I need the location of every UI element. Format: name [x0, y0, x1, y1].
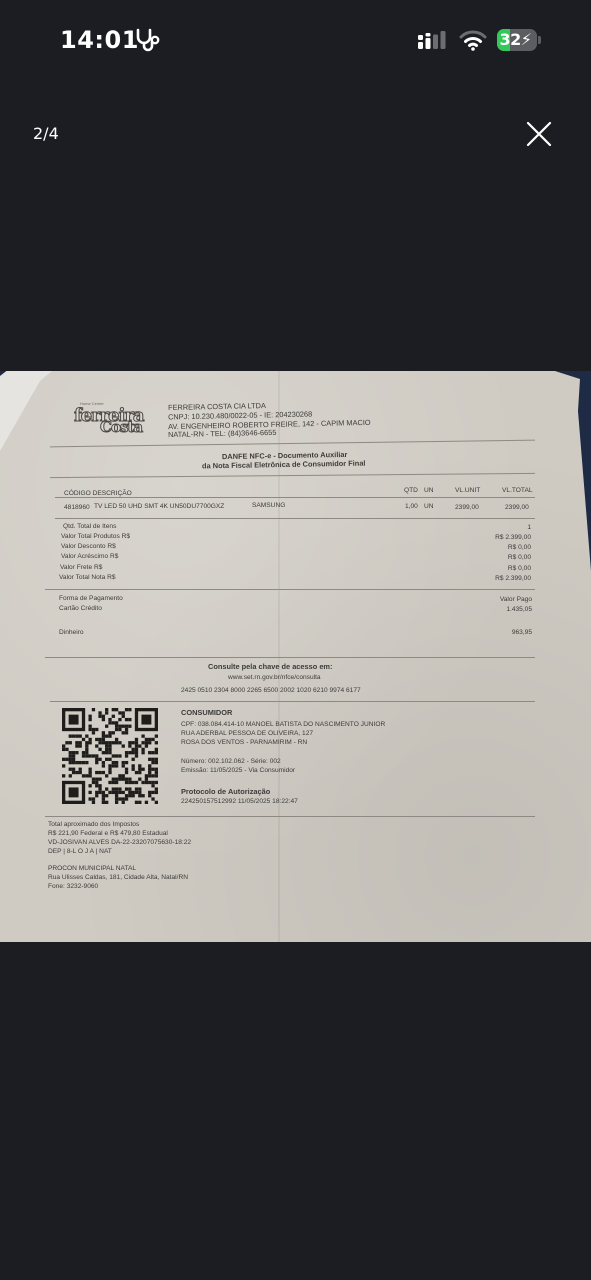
consumidor-cpf-nome: CPF: 038.084.414-10 MANOEL BATISTA DO NA…: [181, 721, 385, 728]
divider: [50, 440, 535, 448]
chave-acesso: 2425 0510 2304 8000 2265 6500 2002 1020 …: [181, 687, 361, 694]
emissao: Emissão: 11/05/2025 - Via Consumidor: [181, 767, 295, 774]
consulta-title: Consulte pela chave de acesso em:: [208, 662, 332, 671]
total-label: Valor Total Produtos R$: [61, 533, 130, 540]
danfe-subtitle: da Nota Fiscal Eletrônica de Consumidor …: [202, 459, 366, 471]
procon-address: Rua Ulisses Caldas, 181, Cidade Alta, Na…: [48, 874, 188, 881]
battery-indicator: 32⚡︎: [497, 29, 537, 51]
divider: [50, 701, 535, 702]
divider: [50, 473, 535, 478]
clock: 14:01: [60, 26, 139, 54]
total-label: Valor Frete R$: [60, 564, 102, 571]
company-city-phone: NATAL-RN - TEL: (84)3646-6655: [168, 428, 277, 439]
battery-cap: [538, 36, 541, 44]
receipt-photo[interactable]: Home Center ferreira Costa FERREIRA COST…: [0, 371, 591, 942]
consumidor-endereco: RUA ADERBAL PESSOA DE OLIVEIRA, 127: [181, 730, 313, 737]
total-label: Valor Acréscimo R$: [61, 553, 118, 560]
col-un: UN: [424, 487, 434, 494]
consumidor-bairro: ROSA DOS VENTOS - PARNAMIRIM - RN: [181, 739, 307, 746]
col-codigo-descricao: CÓDIGO DESCRIÇÃO: [64, 490, 132, 497]
col-qtd: QTD: [404, 487, 418, 494]
item-vl-unit: 2399,00: [455, 504, 479, 511]
qr-code: [62, 708, 158, 804]
payment-header-value: Valor Pago: [500, 596, 532, 603]
impostos-value: R$ 221,90 Federal e R$ 479,80 Estadual: [48, 830, 168, 837]
total-label: Qtd. Total de Itens: [63, 523, 116, 530]
numero-serie: Número: 002.102.062 - Série: 002: [181, 758, 281, 765]
payment-method-label: Cartão Crédito: [59, 605, 102, 612]
payment-method-value: 963,95: [512, 629, 532, 636]
protocolo-title: Protocolo de Autorização: [181, 787, 270, 796]
total-value: 1: [527, 524, 531, 531]
procon-phone: Fone: 3232-9060: [48, 883, 98, 890]
total-value: R$ 0,00: [508, 565, 531, 572]
payment-method-label: Dinheiro: [59, 629, 84, 636]
status-bar: 14:01 32⚡︎: [0, 0, 591, 80]
total-value: R$ 2.399,00: [495, 575, 531, 582]
close-icon[interactable]: [524, 119, 554, 149]
item-marca: SAMSUNG: [252, 502, 285, 509]
dep-loja: DEP | 8-L O J A | NAT: [48, 848, 112, 855]
total-value: R$ 0,00: [508, 544, 531, 551]
item-qtd: 1,00: [405, 503, 418, 510]
battery-percent: 32⚡︎: [497, 29, 534, 51]
divider: [45, 657, 535, 658]
consulta-url: www.set.rn.gov.br/nfce/consulta: [228, 674, 321, 681]
vendedor: VD-JOSIVAN ALVES DA-22-23207075630-18:22: [48, 839, 191, 846]
total-label: Valor Desconto R$: [61, 543, 116, 550]
impostos-label: Total aproximado dos Impostos: [48, 821, 139, 828]
stethoscope-icon: [134, 27, 162, 53]
total-value: R$ 2.399,00: [495, 534, 531, 541]
divider: [55, 497, 535, 498]
total-label: Valor Total Nota R$: [59, 574, 116, 581]
charging-bolt-icon: ⚡︎: [521, 30, 532, 49]
procon-title: PROCON MUNICIPAL NATAL: [48, 865, 136, 872]
page-indicator: 2/4: [33, 124, 59, 143]
divider: [45, 589, 535, 590]
divider: [55, 518, 535, 519]
ferreira-costa-logo: Home Center ferreira Costa: [72, 401, 142, 435]
consumidor-title: CONSUMIDOR: [181, 708, 232, 717]
cellular-signal-icon: [418, 31, 448, 51]
item-codigo: 4818960: [64, 504, 90, 511]
item-un: UN: [424, 503, 434, 510]
payment-method-value: 1.435,05: [506, 606, 532, 613]
item-descricao: TV LED 50 UHD SMT 4K UN50DU7700GXZ: [94, 503, 224, 510]
wifi-icon: [459, 29, 487, 51]
receipt-document: Home Center ferreira Costa FERREIRA COST…: [0, 371, 591, 942]
item-vl-total: 2399,00: [505, 504, 529, 511]
protocolo-value: 224250157512992 11/05/2025 18:22:47: [181, 798, 298, 805]
divider: [45, 816, 535, 817]
col-vl-unit: VL.UNIT: [455, 487, 480, 494]
total-value: R$ 0,00: [508, 554, 531, 561]
payment-header-label: Forma de Pagamento: [59, 595, 123, 602]
col-vl-total: VL.TOTAL: [502, 487, 533, 494]
